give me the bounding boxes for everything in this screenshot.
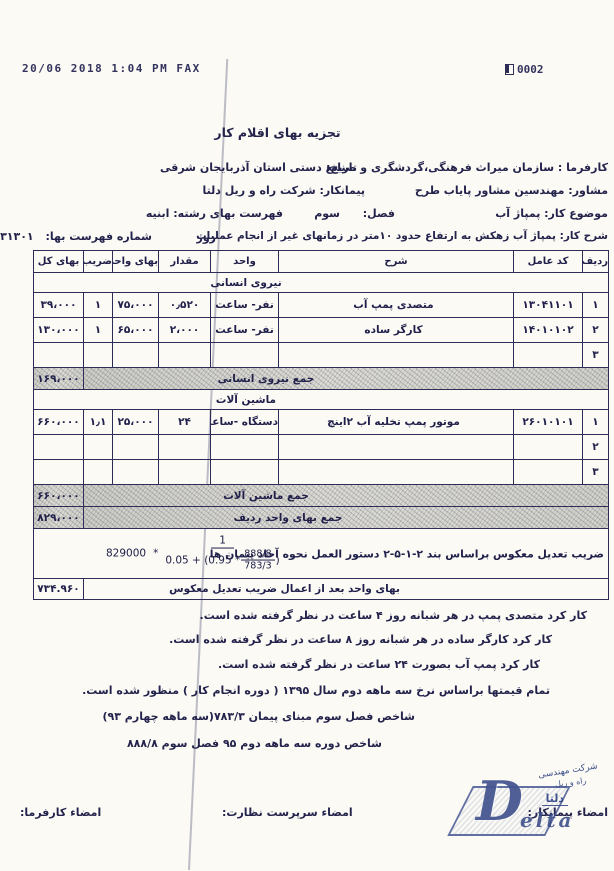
sum-row-manpower: جمع نیروی انسانی ۱۶۹،۰۰۰ [34, 368, 609, 390]
table-row: ۲ ۱۴۰۱۰۱۰۲ کارگر ساده نفر- ساعت ۲،۰۰۰ ۶۵… [34, 318, 609, 343]
cell-unit-price [113, 435, 159, 460]
formula-fraction: 1 0.05 + (0.95 * 888/8 783/3 ) [165, 534, 279, 573]
cell-unit-price [113, 460, 159, 485]
cell-code: ۱۴۰۱۰۱۰۲ [514, 318, 583, 343]
chapter-label: فصل: [363, 207, 395, 220]
cell-factor: ۱ [84, 318, 113, 343]
formula-multiplicand: 829000 [106, 548, 146, 560]
cost-analysis-table: ردیف کد عامل شرح واحد مقدار بهای واحد ضر… [33, 250, 609, 600]
formula-operator: * [153, 548, 158, 560]
cell-factor [84, 460, 113, 485]
stamp-company-field: راه و ریل [554, 776, 586, 789]
cell-row-no: ۲ [583, 435, 609, 460]
contractor-line: پیمانکار: شرکت راه و ریل دلتا [203, 184, 365, 197]
cell-total [34, 435, 84, 460]
note-pump-24h: کار کرد پمپ آب بصورت ۲۴ ساعت در نظر گرفت… [218, 658, 540, 671]
header-factor: ضریب [84, 251, 113, 273]
formula-inner-numerator: 888/8 [241, 549, 274, 561]
table-row: ۱ ۲۶۰۱۰۱۰۱ موتور پمپ تخلیه آب ۲اینچ دستگ… [34, 410, 609, 435]
sum-label-machinery: جمع ماشین آلات [84, 485, 609, 507]
cell-total: ۶۶۰،۰۰۰ [34, 410, 84, 435]
chapter-value: سوم [314, 207, 340, 220]
unit-total-label: جمع بهای واحد ردیف [84, 507, 609, 529]
note-period-index: شاخص دوره سه ماهه دوم ۹۵ فصل سوم ۸۸۸/۸ [127, 737, 382, 750]
cell-unit: نفر- ساعت [211, 318, 279, 343]
page-title: تجزیه بهای اقلام کار [205, 125, 350, 140]
note-base-index: شاخص فصل سوم مبنای پیمان ۷۸۳/۳(سه ماهه چ… [103, 710, 416, 723]
day-label: روز [196, 231, 216, 244]
adjustment-row: ضریب تعدیل معکوس براساس بند ۲-۱-۵-۲ دستو… [34, 529, 609, 579]
cell-description: موتور پمپ تخلیه آب ۲اینچ [279, 410, 514, 435]
header-row-number: ردیف [583, 251, 609, 273]
section-title-row: ماشین آلات [34, 390, 609, 410]
adjustment-cell: ضریب تعدیل معکوس براساس بند ۲-۱-۵-۲ دستو… [34, 529, 609, 579]
contractor-stamp: D elta شرکت مهندسی راه و ریل دلتا [450, 768, 600, 863]
sum-value-manpower: ۱۶۹،۰۰۰ [34, 368, 84, 390]
fax-document-page: { "fax": { "timestamp": "20/06 2018 1:04… [0, 0, 614, 871]
cell-unit [211, 435, 279, 460]
table-row: ۲ [34, 435, 609, 460]
cell-description [279, 460, 514, 485]
cell-row-no: ۱ [583, 293, 609, 318]
stamp-company-name: دلتا [542, 792, 568, 806]
formula-denominator-prefix: 0.05 + (0.95 * [165, 555, 240, 567]
cell-quantity [159, 343, 211, 368]
cell-total: ۳۹،۰۰۰ [34, 293, 84, 318]
note-pump-operator-hours: کار کرد متصدی پمپ در هر شبانه روز ۴ ساعت… [200, 609, 587, 622]
cell-total [34, 460, 84, 485]
cell-factor: ۱ [84, 293, 113, 318]
final-price-row: بهای واحد بعد از اعمال ضریب تعدیل معکوس … [34, 579, 609, 600]
document-icon [505, 64, 514, 75]
employer-line: کارفرما : سازمان میراث فرهنگی،گردشگری و … [160, 161, 608, 174]
cell-row-no: ۲ [583, 318, 609, 343]
cell-unit [211, 460, 279, 485]
cell-unit: دستگاه -ساعت [211, 410, 279, 435]
date-label: تاریخ: [326, 161, 357, 174]
cell-description: متصدی پمپ آب [279, 293, 514, 318]
table-row: ۱ ۱۳۰۴۱۱۰۱ متصدی پمپ آب نفر- ساعت ۰٫۵۲۰ … [34, 293, 609, 318]
table-header-row: ردیف کد عامل شرح واحد مقدار بهای واحد ضر… [34, 251, 609, 273]
formula-numerator: 1 [211, 534, 234, 548]
cell-quantity [159, 435, 211, 460]
adjustment-formula: 829000 * 1 0.05 + (0.95 * 888/8 783/3 ) [106, 534, 280, 573]
note-worker-hours: کار کرد کارگر ساده در هر شبانه روز ۸ ساع… [169, 633, 552, 646]
unit-total-value: ۸۲۹،۰۰۰ [34, 507, 84, 529]
table-row: ۳ [34, 460, 609, 485]
sum-label-manpower: جمع نیروی انسانی [84, 368, 609, 390]
header-code: کد عامل [514, 251, 583, 273]
supervisor-signature-label: امضاء سرپرست نظارت: [222, 806, 353, 819]
sum-row-machinery: جمع ماشین آلات ۶۶۰،۰۰۰ [34, 485, 609, 507]
cell-row-no: ۳ [583, 343, 609, 368]
cell-quantity: ۲۴ [159, 410, 211, 435]
cell-unit-price: ۶۵،۰۰۰ [113, 318, 159, 343]
cell-factor: ۱٫۱ [84, 410, 113, 435]
cell-row-no: ۱ [583, 410, 609, 435]
cell-unit-price [113, 343, 159, 368]
stamp-latin-script: elta [520, 808, 575, 832]
cell-unit-price: ۲۵،۰۰۰ [113, 410, 159, 435]
cell-code [514, 460, 583, 485]
list-number-label: شماره فهرست بها: [46, 230, 153, 243]
list-number-line: شماره فهرست بها: ۰۳۱۳۰۱ [0, 230, 152, 243]
note-prices-basis: تمام قیمتها براساس نرخ سه ماهه دوم سال ۱… [82, 684, 550, 697]
cell-quantity: ۰٫۵۲۰ [159, 293, 211, 318]
section-title-machinery: ماشین آلات [34, 390, 609, 410]
cell-code: ۱۳۰۴۱۱۰۱ [514, 293, 583, 318]
cell-description [279, 435, 514, 460]
price-list-field: فهرست بهای رشته: ابنیه [146, 207, 283, 220]
header-quantity: مقدار [159, 251, 211, 273]
work-description-line: شرح کار: پمپاژ آب زهکش به ارتفاع حدود ۱۰… [196, 230, 608, 242]
final-price-value: ۷۳۴.۹۶۰ [34, 579, 84, 600]
subject-line: موضوع کار: پمپاژ آب [495, 207, 608, 220]
cell-quantity [159, 460, 211, 485]
header-unit: واحد [211, 251, 279, 273]
employer-signature-label: امضاء کارفرما: [20, 806, 101, 819]
cell-total: ۱۳۰،۰۰۰ [34, 318, 84, 343]
table-row: ۳ [34, 343, 609, 368]
cell-description [279, 343, 514, 368]
sum-value-machinery: ۶۶۰،۰۰۰ [34, 485, 84, 507]
header-unit-price: بهای واحد [113, 251, 159, 273]
unit-total-row: جمع بهای واحد ردیف ۸۲۹،۰۰۰ [34, 507, 609, 529]
cell-unit [211, 343, 279, 368]
cell-code [514, 343, 583, 368]
cell-total [34, 343, 84, 368]
cell-code [514, 435, 583, 460]
formula-denominator-suffix: ) [276, 555, 280, 567]
cell-description: کارگر ساده [279, 318, 514, 343]
formula-inner-fraction: 888/8 783/3 [241, 549, 274, 573]
section-title-row: نیروی انسانی [34, 273, 609, 293]
final-price-label: بهای واحد بعد از اعمال ضریب تعدیل معکوس [84, 579, 609, 600]
fax-page-number: 0002 [517, 63, 544, 76]
cell-quantity: ۲،۰۰۰ [159, 318, 211, 343]
header-total: بهای کل [34, 251, 84, 273]
formula-inner-denominator: 783/3 [244, 561, 271, 573]
list-number-value: ۰۳۱۳۰۱ [0, 230, 34, 243]
consultant-line: مشاور: مهندسین مشاور پایاب طرح [415, 184, 608, 197]
header-description: شرح [279, 251, 514, 273]
cell-factor [84, 435, 113, 460]
cell-unit: نفر- ساعت [211, 293, 279, 318]
cell-factor [84, 343, 113, 368]
fax-page-counter: 0002 [505, 63, 544, 76]
fax-timestamp: 20/06 2018 1:04 PM FAX [22, 62, 201, 75]
section-title-manpower: نیروی انسانی [34, 273, 609, 293]
cell-row-no: ۳ [583, 460, 609, 485]
cell-code: ۲۶۰۱۰۱۰۱ [514, 410, 583, 435]
stamp-letter-d: D [476, 774, 523, 828]
cell-unit-price: ۷۵،۰۰۰ [113, 293, 159, 318]
